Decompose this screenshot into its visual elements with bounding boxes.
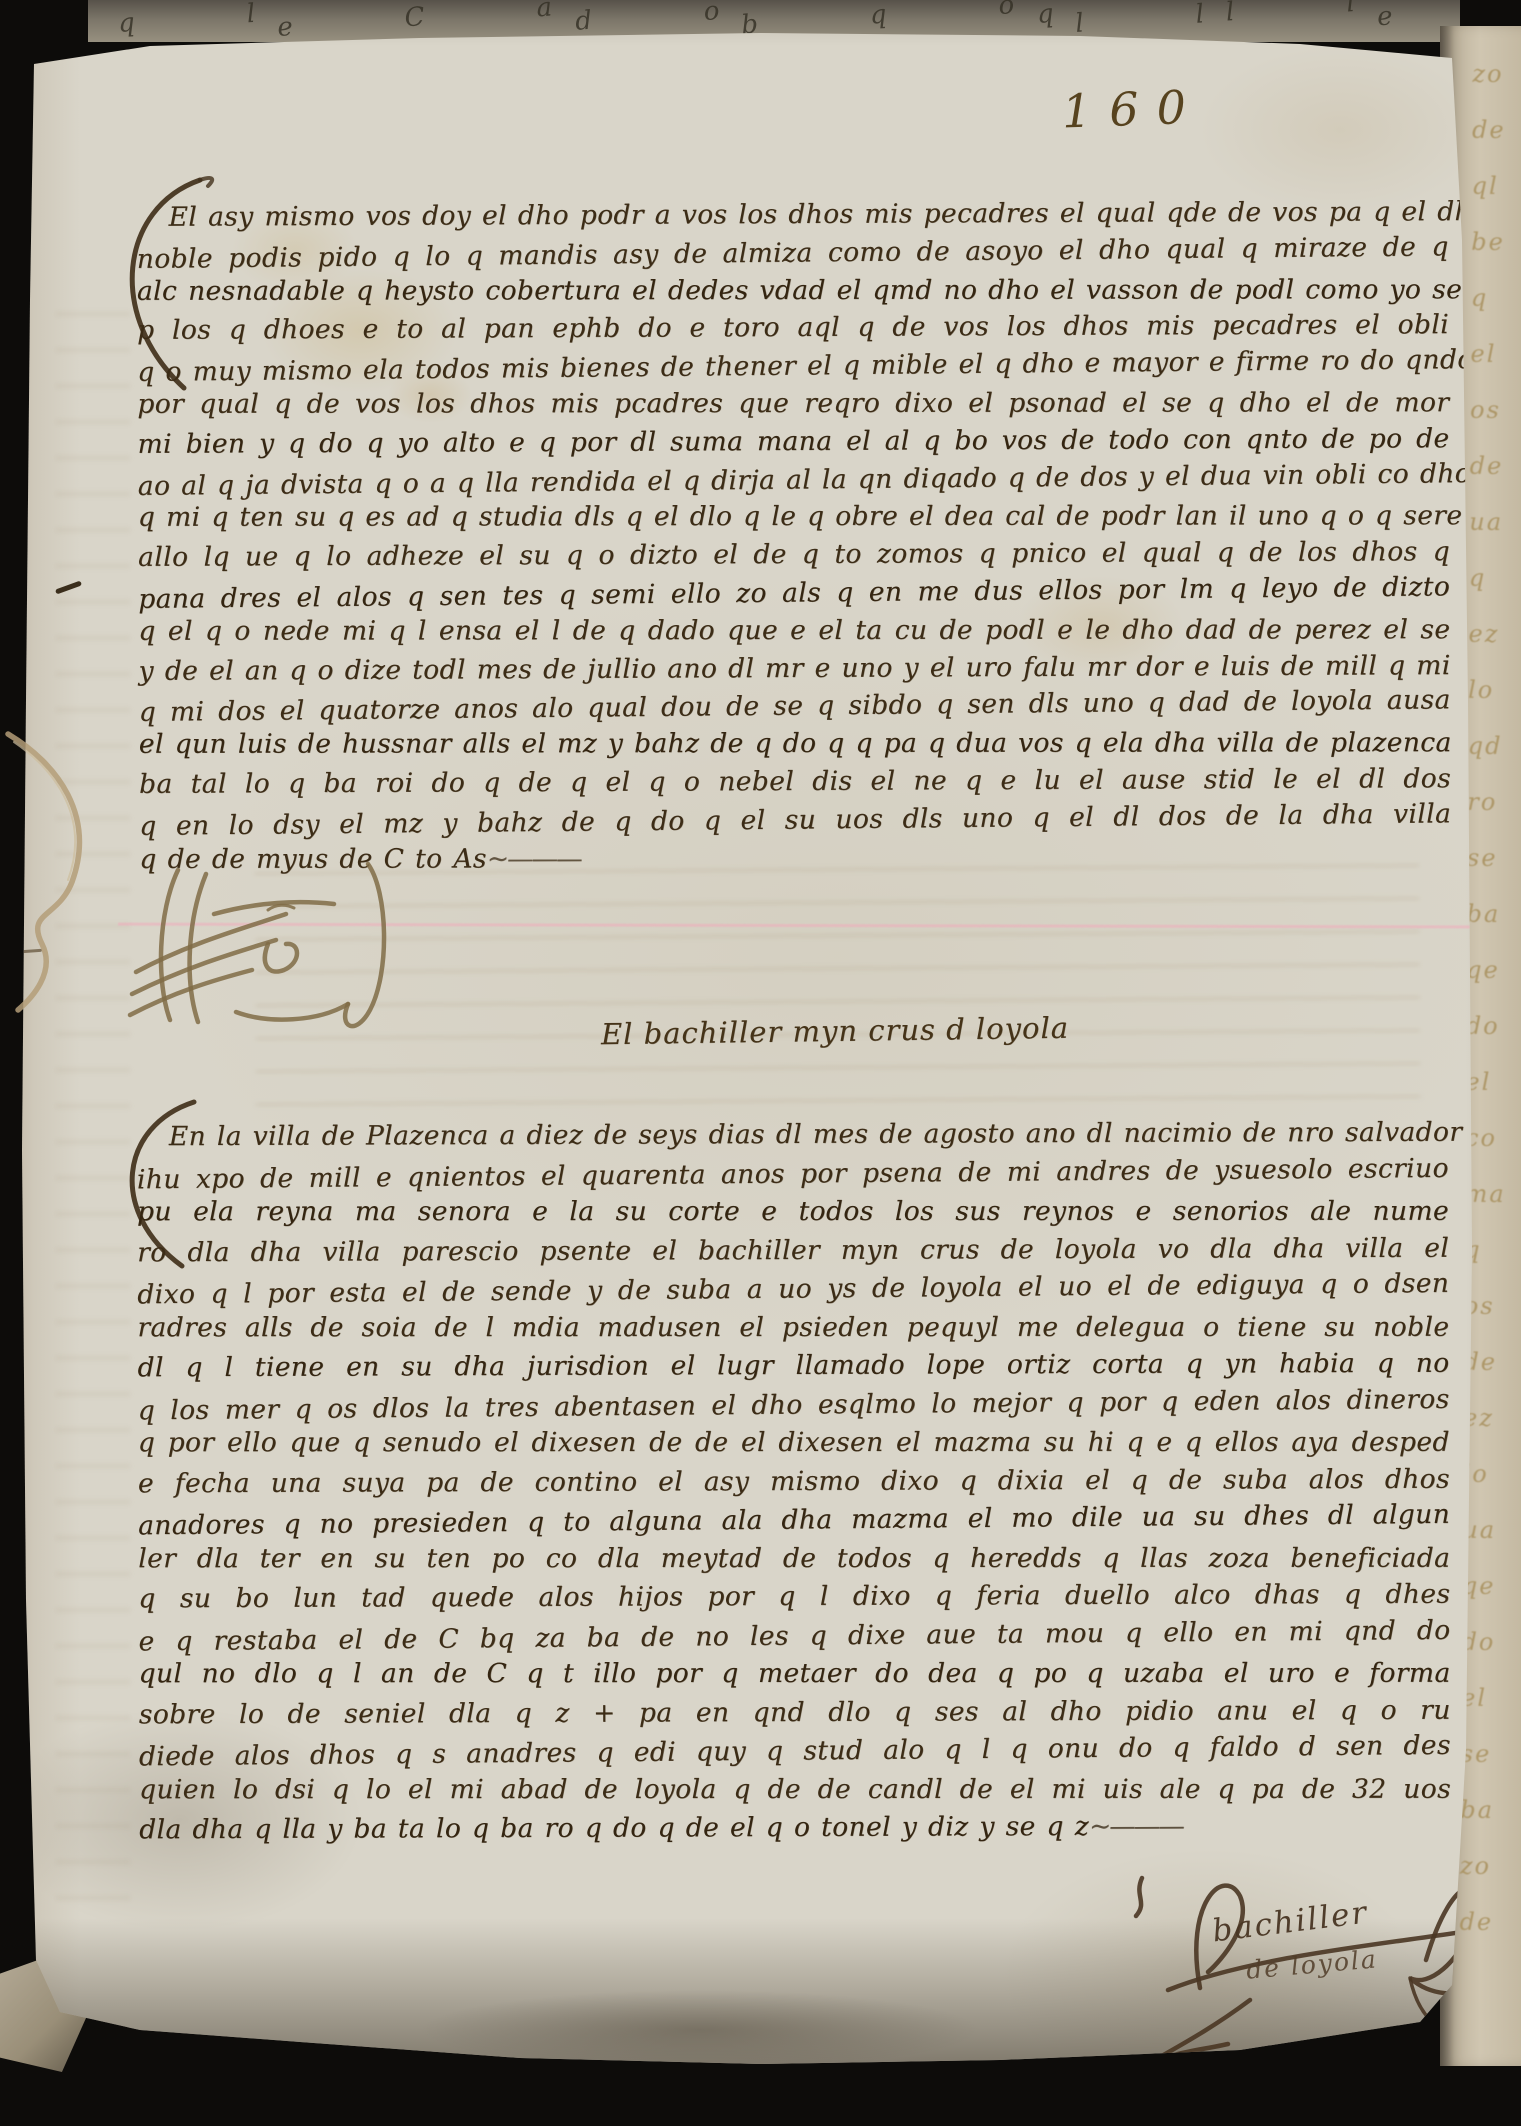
manuscript-line: dl q l tiene en su dha jurisdion el lugr…	[138, 1345, 1450, 1388]
adjacent-script-fragment: el	[1465, 1054, 1521, 1110]
adjacent-script-fragment: ua	[1469, 494, 1521, 550]
adjacent-script-fragment: el	[1461, 1670, 1521, 1726]
text-block-1: El asy mismo vos doy el dho podr a vos l…	[137, 193, 1452, 879]
manuscript-line: el qun luis de hussnar alls el mz y bahz…	[139, 724, 1451, 763]
adjacent-script-fragment: co	[1465, 1110, 1521, 1166]
adjacent-script-fragment: ro	[1467, 774, 1521, 830]
adjacent-script-fragment: lo	[1468, 662, 1521, 718]
adjacent-script-fragment: ba	[1466, 886, 1521, 942]
adjacent-script-fragment: zo	[1460, 1838, 1520, 1894]
adjacent-script-fragment: ql	[1471, 158, 1521, 214]
top-script-fragment: q l	[117, 0, 278, 39]
adjacent-script-fragment: qe	[1466, 942, 1521, 998]
adjacent-script-fragment: zo	[1472, 46, 1521, 102]
manuscript-line: En la villa de Plazenca a diez de seys d…	[137, 1114, 1449, 1157]
adjacent-script-fragment: ez	[1468, 606, 1521, 662]
text-block-2: En la villa de Plazenca a diez de seys d…	[137, 1114, 1452, 1850]
bottom-grime-blotch	[420, 1990, 980, 2070]
manuscript-line: pu ela reyna ma senora e la su corte e t…	[137, 1193, 1449, 1232]
manuscript-line: q su bo lun tad quede alos hijos por q l…	[138, 1576, 1450, 1619]
adjacent-script-fragment: se	[1461, 1726, 1521, 1782]
adjacent-script-fragment: q	[1471, 270, 1521, 326]
manuscript-line: q mi q ten su q es ad q studia dls q el …	[138, 498, 1450, 537]
adjacent-script-fragment: qd	[1468, 718, 1521, 774]
manuscript-line: q el q o nede mi q l ensa el l de q dado…	[138, 611, 1450, 650]
manuscript-line: alc nesnadable q heysto cobertura el ded…	[137, 271, 1449, 310]
manuscript-line: e q restaba el de C bq za ba de no les q…	[138, 1611, 1450, 1661]
docket-heading: El bachiller myn crus d loyola	[585, 1011, 1085, 1052]
adjacent-script-fragment: de	[1472, 102, 1521, 158]
manuscript-line: ihu xpo de mill e qnientos el quarenta a…	[137, 1149, 1449, 1199]
top-script-fragment: e C a	[277, 0, 576, 42]
adjacent-script-fragment: q	[1469, 550, 1521, 606]
top-script-fragment: l ll i	[1075, 0, 1378, 39]
manuscript-line: q los mer q os dlos la tres abentasen el…	[138, 1380, 1450, 1430]
adjacent-script-fragment: be	[1471, 214, 1521, 270]
manuscript-line: dla dha q lla y ba ta lo q ba ro q do q …	[139, 1809, 743, 1850]
manuscript-scan: q le C ad ob q oql ll ie t zodeqlbeqelos…	[0, 0, 1521, 2126]
bleedthrough-band	[254, 854, 1421, 1106]
top-script-fragment: d o	[574, 0, 742, 37]
notary-rubric-signature	[118, 852, 428, 1057]
adjacent-script-fragment: do	[1466, 998, 1521, 1054]
adjacent-script-fragment: ua	[1462, 1502, 1521, 1558]
manuscript-line: ler dla ter en su ten po co dla meytad d…	[138, 1539, 1450, 1578]
top-script-fragment: q	[1035, 0, 1076, 30]
binding-thread	[0, 698, 130, 1038]
adjacent-script-fragment: qe	[1462, 1558, 1521, 1614]
adjacent-script-fragment: lo	[1462, 1446, 1521, 1502]
underlying-top-script: q le C ad ob q oql ll ie t	[118, 1, 1438, 38]
manuscript-line: q por ello que q senudo el dixesen de de…	[138, 1424, 1450, 1463]
adjacent-script-fragment: de	[1459, 1894, 1519, 1950]
adjacent-script-fragment: ba	[1460, 1782, 1520, 1838]
adjacent-script-fragment: os	[1464, 1278, 1521, 1334]
manuscript-line: radres alls de soia de l mdia madusen el…	[137, 1308, 1449, 1347]
adjacent-script-fragment: q	[1464, 1222, 1521, 1278]
adjacent-script-fragment: de	[1470, 438, 1521, 494]
adjacent-script-fragment: os	[1470, 382, 1521, 438]
manuscript-page: 160 El asy mismo vos doy el dho podr a v…	[0, 0, 1521, 2126]
manuscript-line: por qual q de vos los dhos mis pcadres q…	[137, 384, 1449, 423]
manuscript-line: anadores q no presieden q to alguna ala …	[138, 1496, 1450, 1546]
manuscript-line: qul no dlo q l an de C q t illo por q me…	[139, 1655, 1451, 1694]
adjacent-script-fragment: ma	[1464, 1166, 1521, 1222]
adjacent-script-fragment: de	[1463, 1334, 1521, 1390]
manuscript-line: quien lo dsi q lo el mi abad de loyola q…	[139, 1770, 1451, 1809]
adjacent-script-fragment: se	[1467, 830, 1521, 886]
adjacent-script-fragment: el	[1470, 326, 1521, 382]
adjacent-script-fragment: do	[1461, 1614, 1521, 1670]
manuscript-line: diede alos dhos q s anadres q edi quy q …	[139, 1727, 1451, 1777]
adjacent-script-fragment: ez	[1463, 1390, 1521, 1446]
manuscript-line: dixo q l por esta el de sende y de suba …	[137, 1265, 1449, 1315]
folio-number: 160	[1061, 80, 1205, 139]
